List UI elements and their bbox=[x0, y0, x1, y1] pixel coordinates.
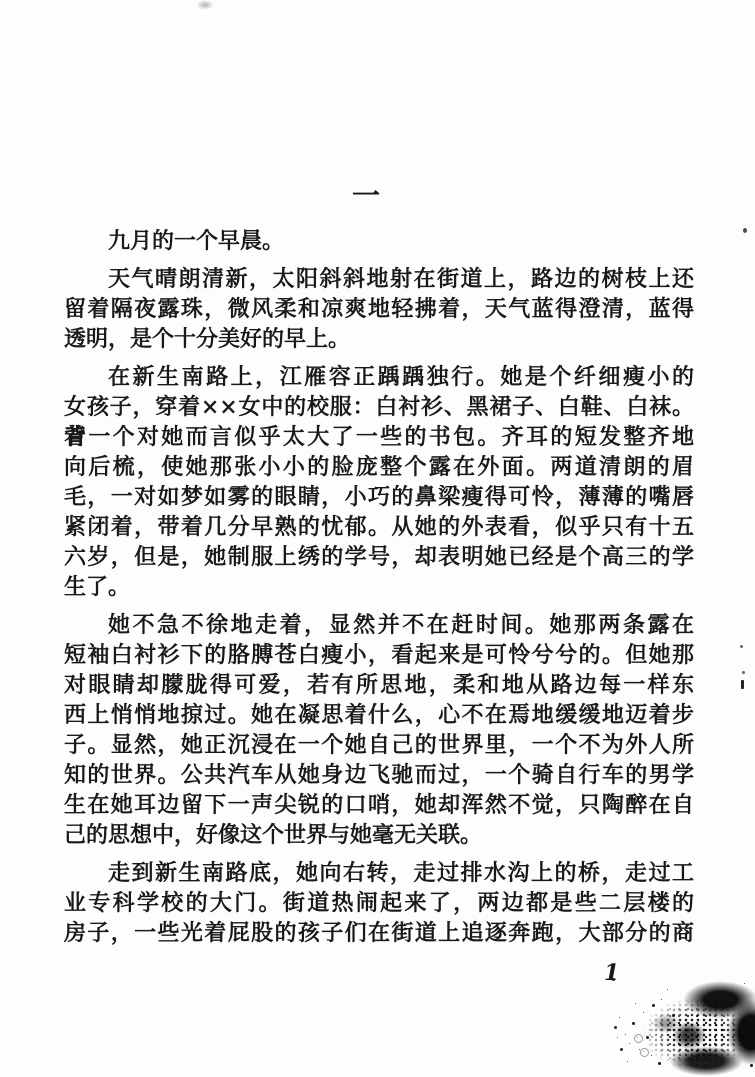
edge-speck bbox=[741, 680, 744, 689]
edge-speck bbox=[742, 671, 745, 674]
text-line: 紧闭着，带着几分早熟的忧郁。从她的外表看，似乎只有十五 bbox=[64, 512, 694, 542]
text-line: 六岁，但是，她制服上绣的学号，却表明她已经是个高三的学 bbox=[64, 542, 694, 572]
text-line: 女孩子，穿着××女中的校服：白衬衫、黑裙子、白鞋、白袜。背 bbox=[64, 392, 694, 422]
book-page: 一 九月的一个早晨。 天气晴朗清新，太阳斜斜地射在街道上，路边的树枝上还 留着隔… bbox=[0, 0, 755, 1077]
text-line: 毛，一对如梦如雾的眼睛，小巧的鼻梁瘦得可怜，薄薄的嘴唇 bbox=[64, 482, 694, 512]
text-line: 子。显然，她正沉浸在一个她自己的世界里，一个不为外人所 bbox=[64, 730, 694, 760]
paragraph: 走到新生南路底，她向右转，走过排水沟上的桥，走过工 业专科学校的大门。街道热闹起… bbox=[64, 858, 694, 948]
paragraph: 在新生南路上，江雁容正踽踽独行。她是个纤细瘦小的 女孩子，穿着××女中的校服：白… bbox=[64, 362, 694, 602]
text-line: 生在她耳边留下一声尖锐的口哨，她却浑然不觉，只陶醉在自 bbox=[64, 790, 694, 820]
text-line: 透明，是个十分美好的早上。 bbox=[64, 324, 694, 354]
text-line: 她不急不徐地走着，显然并不在赶时间。她那两条露在 bbox=[64, 610, 694, 640]
ink-stain-speckle bbox=[612, 978, 755, 1077]
chapter-number-heading: 一 bbox=[64, 180, 694, 212]
ink-ring-spot bbox=[640, 1048, 649, 1057]
text-line: 房子，一些光着屁股的孩子们在街道上追逐奔跑，大部分的商 bbox=[64, 918, 694, 948]
text-line: 对眼睛却朦胧得可爱，若有所思地，柔和地从路边每一样东 bbox=[64, 670, 694, 700]
text-line: 知的世界。公共汽车从她身边飞驰而过，一个骑自行车的男学 bbox=[64, 760, 694, 790]
text-line: 留着隔夜露珠，微风柔和凉爽地轻拂着，天气蓝得澄清，蓝得 bbox=[64, 294, 694, 324]
text-column: 一 九月的一个早晨。 天气晴朗清新，太阳斜斜地射在街道上，路边的树枝上还 留着隔… bbox=[64, 180, 694, 948]
paragraph: 九月的一个早晨。 bbox=[64, 226, 694, 256]
text-line: 在新生南路上，江雁容正踽踽独行。她是个纤细瘦小的 bbox=[64, 362, 694, 392]
paper-smudge-top bbox=[196, 0, 214, 10]
edge-speck bbox=[740, 645, 743, 648]
text-line: 着一个对她而言似乎太大了一些的书包。齐耳的短发整齐地 bbox=[64, 422, 694, 452]
text-line: 生了。 bbox=[64, 572, 694, 602]
text-line: 短袖白衬衫下的胳膊苍白瘦小，看起来是可怜兮兮的。但她那 bbox=[64, 640, 694, 670]
ink-stain bbox=[612, 978, 755, 1077]
ink-ring-spot bbox=[634, 1034, 643, 1043]
text-line: 业专科学校的大门。街道热闹起来了，两边都是些二层楼的 bbox=[64, 888, 694, 918]
paragraph: 她不急不徐地走着，显然并不在赶时间。她那两条露在 短袖白衬衫下的胳膊苍白瘦小，看… bbox=[64, 610, 694, 850]
text-line: 走到新生南路底，她向右转，走过排水沟上的桥，走过工 bbox=[64, 858, 694, 888]
ink-fleck-spray bbox=[612, 978, 615, 981]
text-line: 向后梳，使她那张小小的脸庞整个露在外面。两道清朗的眉 bbox=[64, 452, 694, 482]
text-line: 天气晴朗清新，太阳斜斜地射在街道上，路边的树枝上还 bbox=[64, 264, 694, 294]
edge-speck bbox=[743, 228, 747, 233]
text-line: 九月的一个早晨。 bbox=[64, 226, 694, 256]
text-line: 西上悄悄地掠过。她在凝思着什么，心不在焉地缓缓地迈着步 bbox=[64, 700, 694, 730]
text-line: 己的思想中，好像这个世界与她毫无关联。 bbox=[64, 820, 694, 850]
paragraph: 天气晴朗清新，太阳斜斜地射在街道上，路边的树枝上还 留着隔夜露珠，微风柔和凉爽地… bbox=[64, 264, 694, 354]
